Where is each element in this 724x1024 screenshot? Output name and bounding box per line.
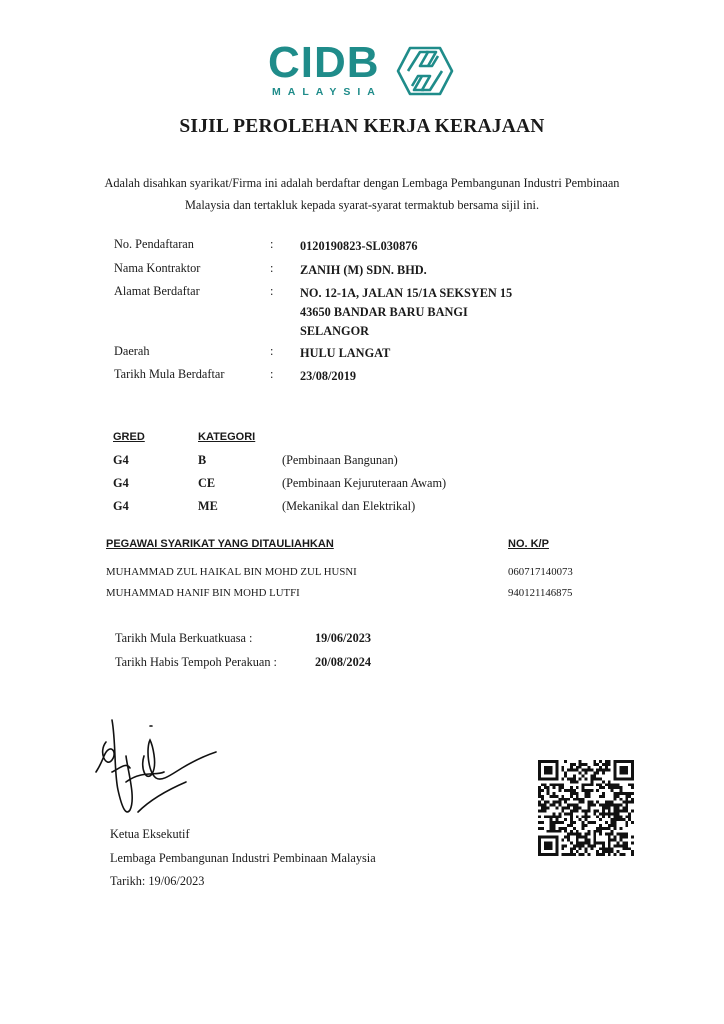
field-colon: : bbox=[270, 284, 273, 299]
field-value: 23/08/2019 bbox=[300, 367, 356, 386]
field-value: HULU LANGAT bbox=[300, 344, 390, 363]
field-label: No. Pendaftaran bbox=[114, 237, 194, 252]
grade-header: GRED bbox=[113, 431, 145, 443]
signatory-date: Tarikh: 19/06/2023 bbox=[110, 874, 204, 889]
grade-cell: G4 bbox=[113, 499, 129, 514]
personnel-name: MUHAMMAD HANIF BIN MOHD LUTFI bbox=[106, 587, 300, 599]
personnel-id: 060717140073 bbox=[508, 566, 573, 578]
field-colon: : bbox=[270, 367, 273, 382]
validity-start-value: 19/06/2023 bbox=[315, 631, 371, 646]
category-description: (Pembinaan Kejuruteraan Awam) bbox=[282, 476, 446, 491]
personnel-id-header: NO. K/P bbox=[508, 538, 549, 550]
category-cell: ME bbox=[198, 499, 218, 514]
personnel-id: 940121146875 bbox=[508, 587, 572, 599]
address-line-1: NO. 12-1A, JALAN 15/1A SEKSYEN 15 bbox=[300, 284, 512, 303]
certificate-title: SIJIL PEROLEHAN KERJA KERAJAAN bbox=[0, 116, 724, 138]
validity-start-label: Tarikh Mula Berkuatkuasa : bbox=[115, 631, 252, 646]
signatory-organization: Lembaga Pembangunan Industri Pembinaan M… bbox=[110, 851, 376, 866]
field-colon: : bbox=[270, 344, 273, 359]
field-value: ZANIH (M) SDN. BHD. bbox=[300, 261, 427, 280]
grade-cell: G4 bbox=[113, 476, 129, 491]
logo-subtitle: MALAYSIA bbox=[272, 86, 382, 98]
field-colon: : bbox=[270, 237, 273, 252]
validity-end-label: Tarikh Habis Tempoh Perakuan : bbox=[115, 655, 277, 670]
address-line-3: SELANGOR bbox=[300, 322, 369, 341]
category-cell: B bbox=[198, 453, 206, 468]
field-label: Tarikh Mula Berdaftar bbox=[114, 367, 224, 382]
personnel-name: MUHAMMAD ZUL HAIKAL BIN MOHD ZUL HUSNI bbox=[106, 566, 357, 578]
address-line-2: 43650 BANDAR BARU BANGI bbox=[300, 303, 468, 322]
signature-icon bbox=[92, 712, 242, 822]
field-value: 0120190823-SL030876 bbox=[300, 237, 418, 256]
logo-wordmark: CIDB bbox=[268, 40, 380, 86]
validity-end-value: 20/08/2024 bbox=[315, 655, 371, 670]
grade-cell: G4 bbox=[113, 453, 129, 468]
field-label: Alamat Berdaftar bbox=[114, 284, 200, 299]
certificate-intro: Adalah disahkan syarikat/Firma ini adala… bbox=[90, 172, 634, 216]
category-description: (Mekanikal dan Elektrikal) bbox=[282, 499, 415, 514]
category-description: (Pembinaan Bangunan) bbox=[282, 453, 398, 468]
signatory-position: Ketua Eksekutif bbox=[110, 827, 190, 842]
category-header: KATEGORI bbox=[198, 431, 255, 443]
category-cell: CE bbox=[198, 476, 215, 491]
cidb-hexagon-icon bbox=[396, 46, 454, 96]
cidb-logo: CIDB MALAYSIA bbox=[268, 38, 458, 108]
field-colon: : bbox=[270, 261, 273, 276]
field-label: Daerah bbox=[114, 344, 150, 359]
personnel-name-header: PEGAWAI SYARIKAT YANG DITAULIAHKAN bbox=[106, 538, 334, 550]
field-label: Nama Kontraktor bbox=[114, 261, 200, 276]
qr-code-icon bbox=[538, 760, 634, 856]
